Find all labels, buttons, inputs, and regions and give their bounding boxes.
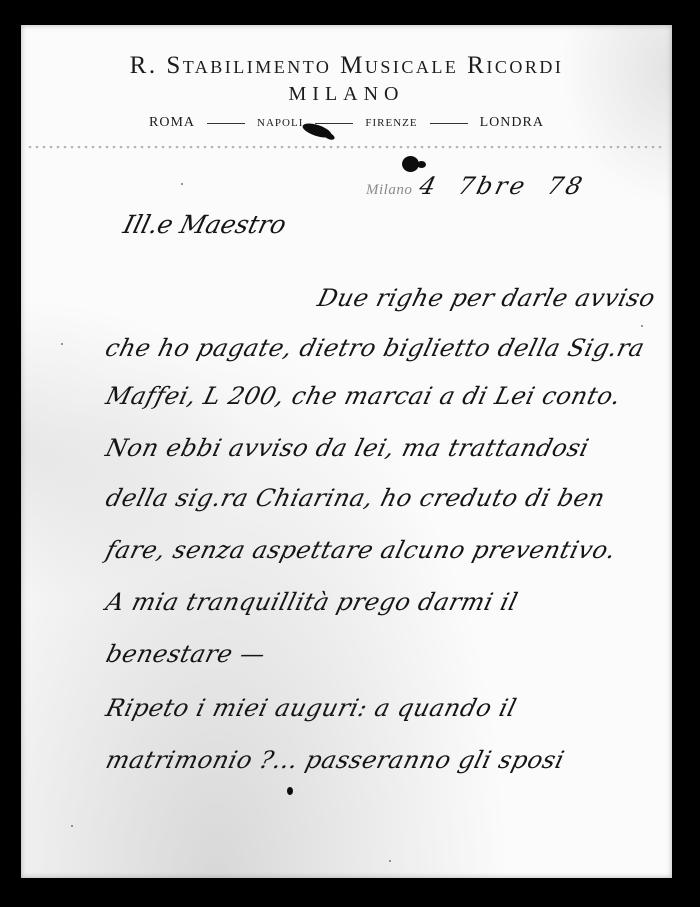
- date-line: Milano 4 7bre 78: [366, 172, 585, 200]
- date-place-printed: Milano: [366, 182, 412, 199]
- paper-speck: [61, 343, 63, 345]
- letter-page: R. Stabilimento Musicale Ricordi MILANO …: [21, 25, 672, 878]
- body-line: Ripeto i miei auguri: a quando il: [99, 688, 672, 740]
- ink-blot-date: [417, 161, 426, 168]
- letterhead: R. Stabilimento Musicale Ricordi MILANO …: [21, 51, 672, 131]
- ink-blot-letterhead: [322, 131, 335, 142]
- body-line: fare, senza aspettare alcuno preventivo.: [99, 530, 672, 582]
- branch-roma: ROMA: [149, 115, 195, 131]
- body-line: Non ebbi avviso da lei, ma trattandosi: [99, 428, 671, 478]
- letterhead-city: MILANO: [21, 81, 672, 107]
- paper-speck: [641, 325, 643, 327]
- body-line: A mia tranquillità prego darmi il: [99, 582, 672, 634]
- body-line: della sig.ra Chiarina, ho creduto di ben: [99, 478, 672, 530]
- body-line: matrimonio ?... passeranno gli sposi: [99, 740, 672, 792]
- letter-body: Due righe per darle avviso che ho pagate…: [105, 278, 665, 792]
- branch-separator: [430, 123, 468, 124]
- letterhead-dotted-rule: [27, 146, 666, 152]
- paper-speck: [71, 825, 73, 827]
- letterhead-branches: ROMA NAPOLI FIRENZE LONDRA: [21, 115, 672, 131]
- body-line: che ho pagate, dietro biglietto della Si…: [99, 328, 671, 376]
- body-line: Maffei, L 200, che marcai a di Lei conto…: [99, 376, 672, 428]
- paper-speck: [389, 860, 391, 862]
- paper-speck: [181, 183, 183, 185]
- body-line: benestare —: [98, 634, 671, 688]
- body-line: Due righe per darle avviso: [99, 278, 671, 328]
- branch-napoli: NAPOLI: [257, 117, 303, 129]
- branch-londra: LONDRA: [480, 115, 544, 131]
- ink-blot-body: [287, 787, 293, 795]
- letterhead-company-name: R. Stabilimento Musicale Ricordi: [21, 51, 672, 81]
- branch-separator: [207, 123, 245, 124]
- date-handwritten: 4 7bre 78: [417, 172, 588, 200]
- salutation: Ill.e Maestro: [120, 210, 289, 239]
- branch-separator: [315, 123, 353, 124]
- branch-firenze: FIRENZE: [365, 117, 417, 129]
